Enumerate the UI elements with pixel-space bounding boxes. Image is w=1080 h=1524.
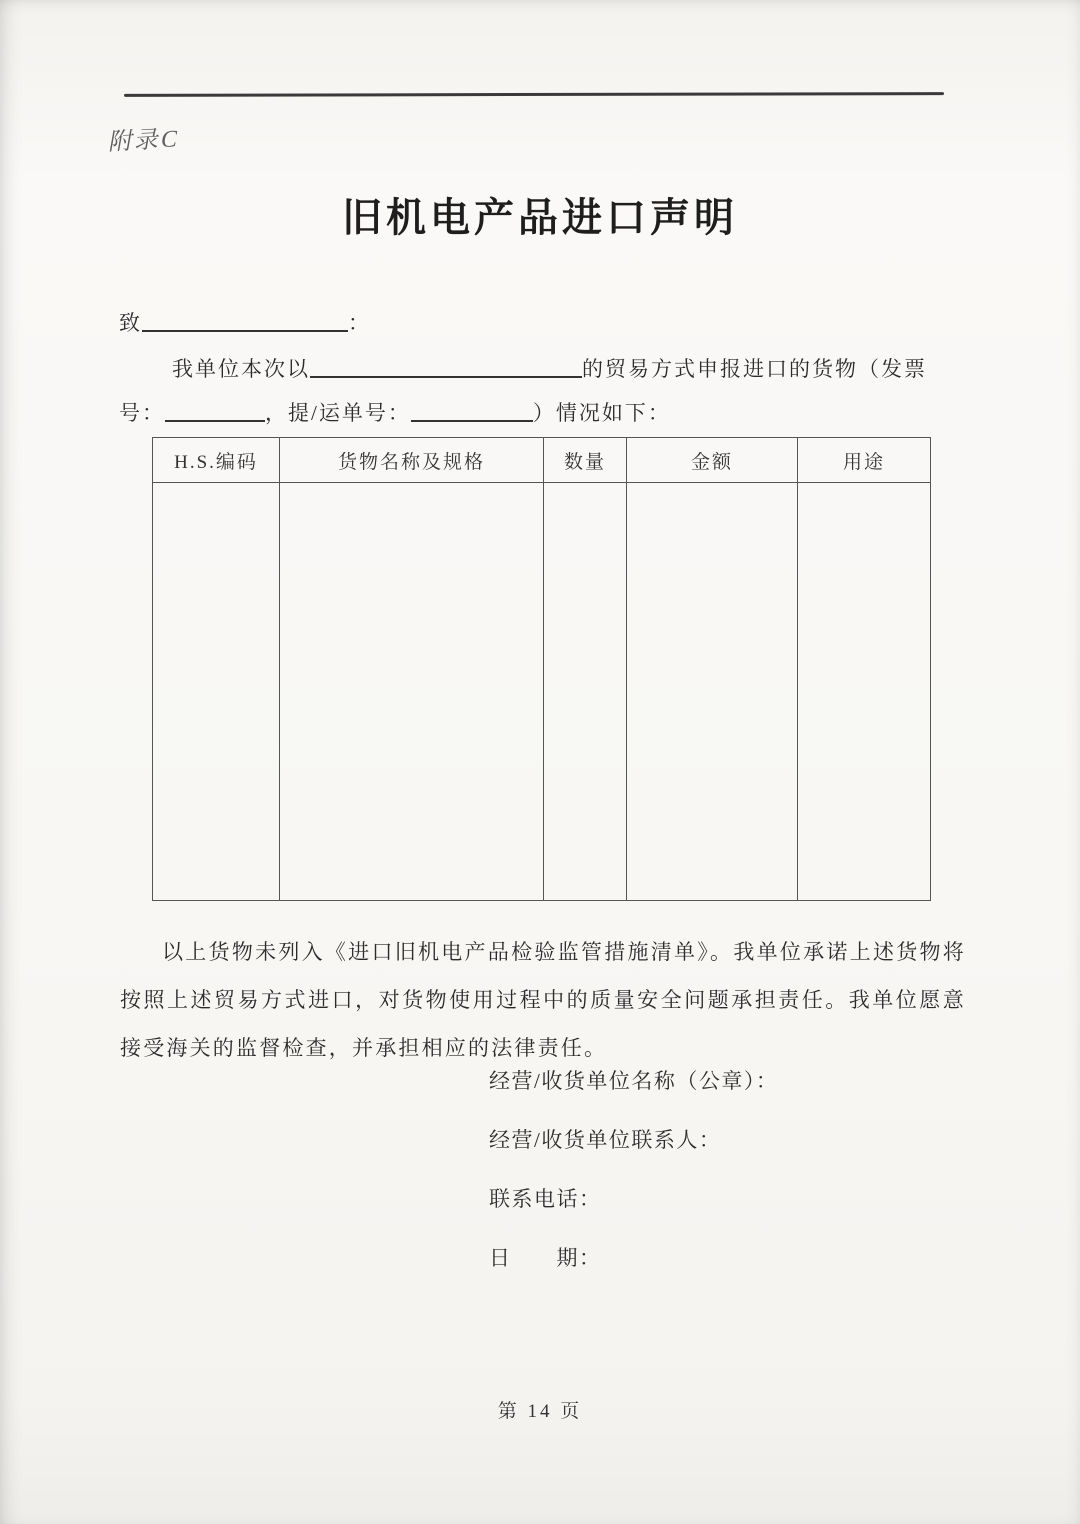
intro-line1-lead: 我单位本次以 [172,357,310,381]
intro-line2-part1: 号： [119,401,165,425]
empty-cell-hs-code [153,483,280,901]
goods-table-empty-row [153,483,931,901]
appendix-label: 附录C [107,118,183,157]
blank-invoice-number-field [165,398,265,422]
intro-line2-part3: ）情况如下： [533,401,671,425]
salutation-colon: ： [348,311,371,335]
empty-cell-amount [627,483,798,901]
sig-line-date: 日 期： [489,1245,778,1271]
blank-bill-number-field [411,398,533,422]
empty-cell-quantity [544,483,627,901]
goods-table-header-row: H.S.编码 货物名称及规格 数量 金额 用途 [153,438,931,483]
page-title: 旧机电产品进口声明 [0,186,1080,243]
intro-line1-tail: 的贸易方式申报进口的货物（发票 [582,357,927,381]
header-rule [124,92,944,96]
declaration-paragraph: 以上货物未列入《进口旧机电产品检验监管措施清单》。我单位承诺上述货物将按照上述贸… [120,928,966,1072]
col-header-goods-name-spec: 货物名称及规格 [280,438,544,483]
intro-line-2: 号：，提/运单号：）情况如下： [119,396,671,427]
blank-recipient-field [142,308,348,332]
signature-block: 经营/收货单位名称（公章）： 经营/收货单位联系人： 联系电话： 日 期： [489,1068,778,1271]
intro-line2-part2: ，提/运单号： [265,401,411,425]
scanned-form-page: 附录C 旧机电产品进口声明 致： 我单位本次以的贸易方式申报进口的货物（发票 号… [0,0,1080,1524]
sig-line-phone: 联系电话： [489,1186,778,1212]
empty-cell-goods-name-spec [280,483,544,901]
blank-trade-mode-field [310,354,582,378]
col-header-quantity: 数量 [544,438,627,483]
col-header-usage: 用途 [798,438,931,483]
intro-line-1: 我单位本次以的贸易方式申报进口的货物（发票 [120,352,927,383]
empty-cell-usage [798,483,931,901]
sig-line-contact-person: 经营/收货单位联系人： [489,1127,778,1153]
salutation-line: 致： [119,306,371,337]
col-header-hs-code: H.S.编码 [153,438,280,483]
salutation-prefix: 致 [119,311,142,335]
page-number: 第 14 页 [0,1396,1080,1423]
col-header-amount: 金额 [627,438,798,483]
sig-line-unit-name-seal: 经营/收货单位名称（公章）： [489,1068,778,1094]
goods-table: H.S.编码 货物名称及规格 数量 金额 用途 [152,437,931,901]
